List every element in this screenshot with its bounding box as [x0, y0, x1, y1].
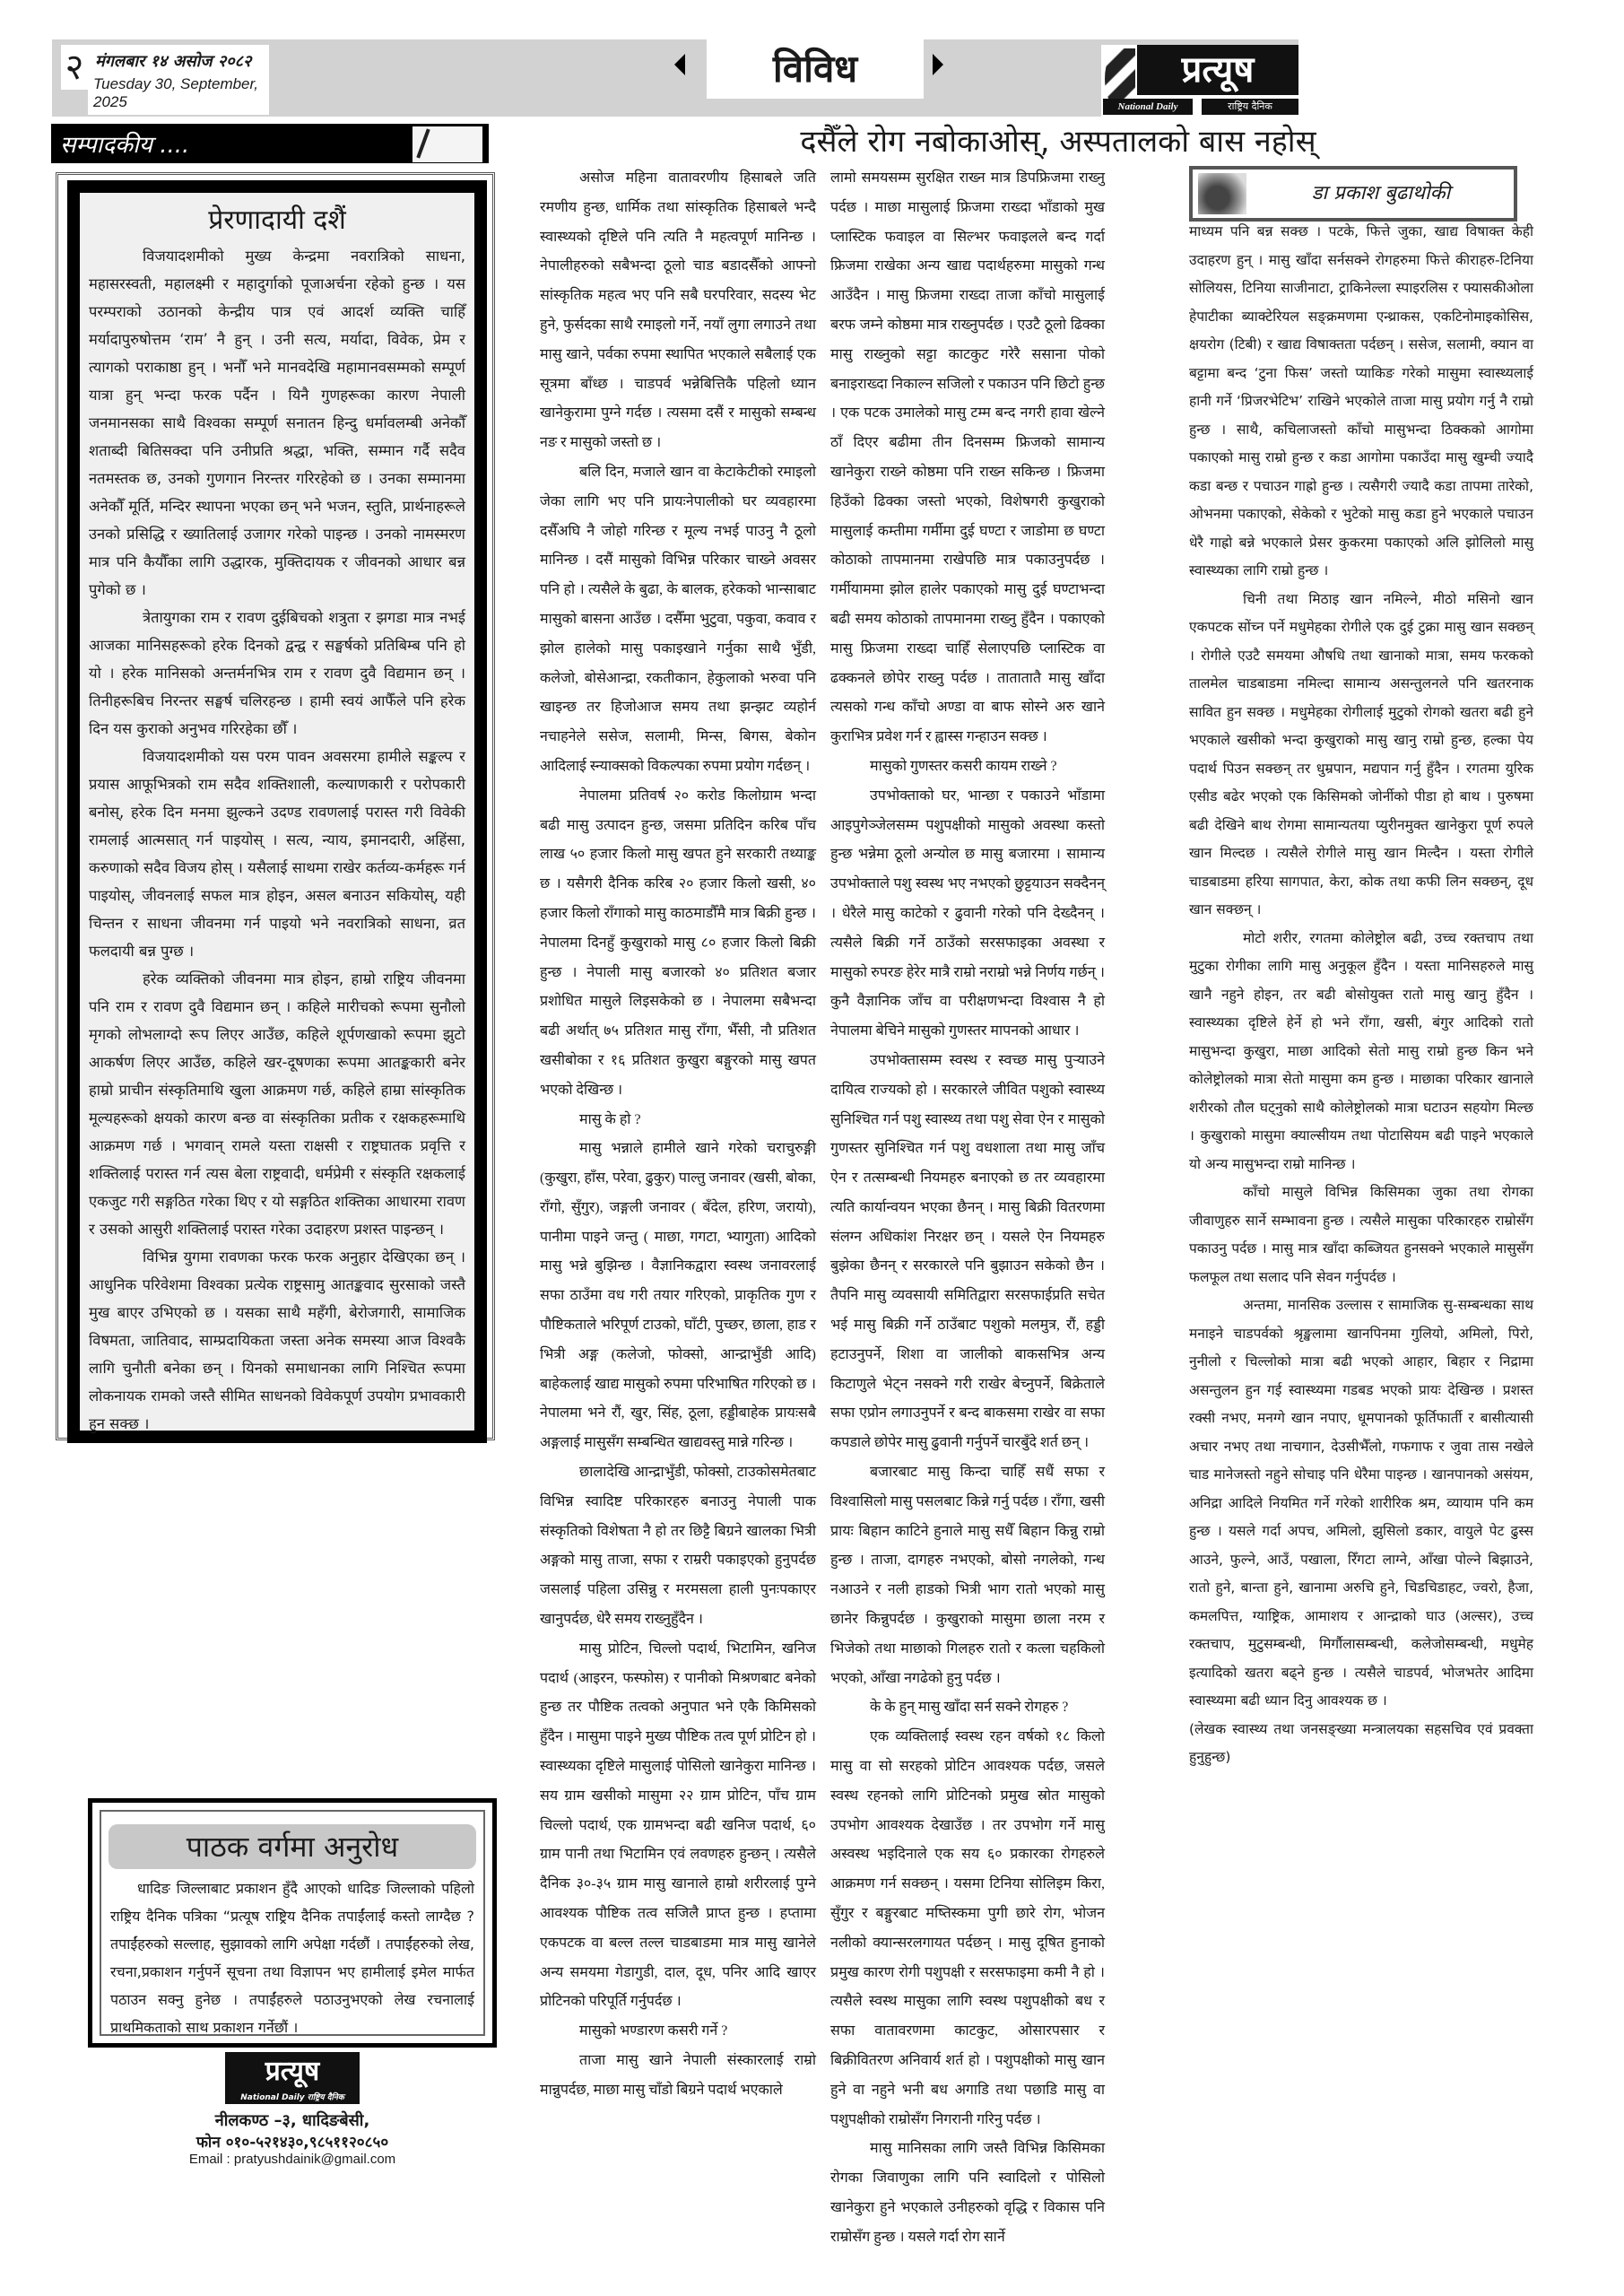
editorial-paragraph: विजयादशमीको मुख्य केन्द्रमा नवरात्रिको स… [89, 242, 465, 604]
editorial-paragraph: हरेक व्यक्तिको जीवनमा मात्र होइन, हाम्रो… [89, 965, 465, 1243]
article-paragraph: ताजा मासु खाने नेपाली संस्कारलाई राम्रो … [540, 2047, 816, 2106]
article-paragraph: बलि दिन, मजाले खान वा केटाकेटीको रमाइलो … [540, 458, 816, 782]
section-title: विविध [707, 39, 924, 99]
reader-logo-tag: National Daily राष्ट्रिय दैनिक [225, 2092, 360, 2104]
article-paragraph: उपभोक्ताको घर, भान्छा र पकाउने भाँडामा आ… [830, 782, 1105, 1047]
reader-request-text: धादिङ जिल्लाबाट प्रकाशन हुँदै आएको धादिङ… [101, 1874, 483, 2041]
article-column-2: लामो समयसम्म सुरक्षित राख्न मात्र डिपफ्र… [830, 164, 1105, 2253]
reader-logo: प्रत्यूष National Daily राष्ट्रिय दैनिक [225, 2052, 360, 2104]
article-column-1: असोज महिना वातावरणीय हिसाबले जति रमणीय ह… [540, 164, 816, 2106]
article-paragraph: छालादेखि आन्द्राभुँडी, फोक्सो, टाउकोसमेत… [540, 1458, 816, 1635]
author-note: (लेखक स्वास्थ्य तथा जनसङ्ख्या मन्त्रालयक… [1189, 1716, 1533, 1772]
article-subheading: मासु के हो ? [540, 1106, 816, 1135]
editorial-body: विजयादशमीको मुख्य केन्द्रमा नवरात्रिको स… [80, 242, 474, 1438]
article-paragraph: माध्यम पनि बन्न सक्छ । पटके, फित्ते जुका… [1189, 218, 1533, 586]
article-title: दसैँले रोग नबोकाओस्, अस्पतालको बास नहोस् [502, 122, 1614, 161]
article-paragraph: लामो समयसम्म सुरक्षित राख्न मात्र डिपफ्र… [830, 164, 1105, 752]
email-link[interactable]: Email : pratyushdainik@gmail.com [101, 2152, 483, 2167]
article-paragraph: मोटो शरीर, रगतमा कोलेष्ट्रोल बढी, उच्च र… [1189, 925, 1533, 1179]
article-subheading: के के हुन् मासु खाँदा सर्न सक्ने रोगहरु … [830, 1693, 1105, 1723]
article-column-3: माध्यम पनि बन्न सक्छ । पटके, फित्ते जुका… [1189, 218, 1533, 1772]
phone: फोन ०१०-५२१४३०,९८५११२०८५० [101, 2131, 483, 2152]
article-paragraph: मासु भन्नाले हामीले खाने गरेको चराचुरुङ्… [540, 1135, 816, 1458]
article-paragraph: मासु प्रोटिन, चिल्लो पदार्थ, भिटामिन, खन… [540, 1635, 816, 2017]
editorial-paragraph: त्रेतायुगका राम र रावण दुईबिचको शत्रुता … [89, 604, 465, 743]
editorial-paragraph: विभिन्न युगमा रावणका फरक फरक अनुहार देखि… [89, 1243, 465, 1438]
logo-tag-english: National Daily [1103, 99, 1193, 115]
reader-request-title: पाठक वर्गमा अनुरोध [109, 1824, 476, 1869]
article-paragraph: उपभोक्तासम्म स्वस्थ र स्वच्छ मासु पुऱ्या… [830, 1047, 1105, 1458]
article-paragraph: मासु मानिसका लागि जस्तै विभिन्न किसिमका … [830, 2135, 1105, 2252]
editorial-inner: प्रेरणादायी दशैं विजयादशमीको मुख्य केन्द… [67, 180, 487, 1443]
address: नीलकण्ठ –३, धादिङबेसी, [101, 2109, 483, 2131]
pen-box [411, 126, 482, 162]
article-paragraph: बजारबाट मासु किन्दा चाहिँ सधैं सफा र विश… [830, 1458, 1105, 1693]
editorial-title: प्रेरणादायी दशैं [80, 200, 474, 237]
editorial-paragraph: विजयादशमीको यस परम पावन अवसरमा हामीले सङ… [89, 743, 465, 965]
masthead-logo: प्रत्यूष National Daily राष्ट्रिय दैनिक [1101, 45, 1300, 117]
triangle-right-icon [933, 54, 943, 75]
reader-request-box: पाठक वर्गमा अनुरोध धादिङ जिल्लाबाट प्रका… [88, 1798, 497, 2048]
logo-tag-nepali: राष्ट्रिय दैनिक [1202, 99, 1298, 115]
date-box: मंगलबार १४ असोज २०८२ Tuesday 30, Septemb… [88, 45, 269, 115]
article-subheading: मासुको गुणस्तर कसरी कायम राख्ने ? [830, 752, 1105, 782]
author-name: डा प्रकाश बुढाथोकी [1255, 170, 1507, 218]
writing-hand-icon [1198, 173, 1246, 214]
editorial-box: प्रेरणादायी दशैं विजयादशमीको मुख्य केन्द… [56, 172, 495, 1440]
article-paragraph: चिनी तथा मिठाइ खान नमिल्ने, मीठो मसिनो ख… [1189, 586, 1533, 925]
article-paragraph: असोज महिना वातावरणीय हिसाबले जति रमणीय ह… [540, 164, 816, 458]
logo-name: प्रत्यूष [1137, 45, 1298, 95]
page-number: २ [61, 45, 88, 90]
reader-request-inner: पाठक वर्गमा अनुरोध धादिङ जिल्लाबाट प्रका… [100, 1810, 485, 2036]
triangle-left-icon [674, 54, 685, 75]
reader-logo-name: प्रत्यूष [265, 2056, 320, 2087]
pen-icon [416, 128, 430, 158]
date-nepali: मंगलबार १४ असोज २०८२ [95, 50, 251, 72]
article-paragraph: काँचो मासुले विभिन्न किसिमका जुका तथा रो… [1189, 1178, 1533, 1291]
editorial-label: सम्पादकीय .... [60, 127, 189, 160]
author-byline: डा प्रकाश बुढाथोकी [1189, 166, 1517, 222]
article-subheading: मासुको भण्डारण कसरी गर्ने ? [540, 2017, 816, 2047]
article-paragraph: नेपालमा प्रतिवर्ष २० करोड किलोग्राम भन्द… [540, 782, 816, 1106]
article-paragraph: अन्तमा, मानसिक उल्लास र सामाजिक सु-सम्बन… [1189, 1291, 1533, 1716]
article-paragraph: एक व्यक्तिलाई स्वस्थ रहन वर्षको १८ किलो … [830, 1723, 1105, 2135]
section-box: विविध [707, 39, 924, 99]
date-english: Tuesday 30, September, 2025 [93, 75, 269, 111]
